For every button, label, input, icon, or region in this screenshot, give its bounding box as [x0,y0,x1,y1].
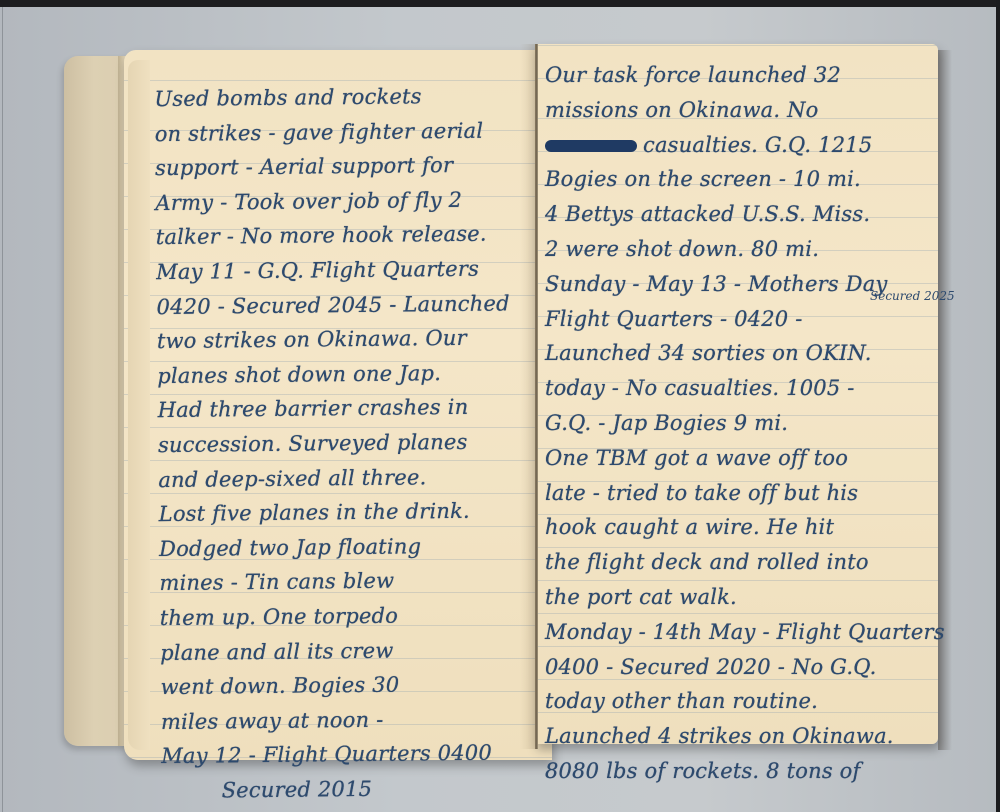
scanner-right-edge [996,0,1000,812]
handwritten-text: casualties. G.Q. 1215 [643,133,872,157]
handwritten-line: talker - No more hook release. [156,216,551,255]
handwritten-line: the flight deck and rolled into [545,545,935,580]
superscript-annotation: Secured 2025 [870,289,955,303]
handwritten-line: succession. Surveyed planes [158,424,553,463]
left-page-text: Used bombs and rockets on strikes - gave… [154,78,557,809]
handwritten-line: hook caught a wire. He hit [545,510,935,545]
scratched-out-word [545,140,637,152]
handwritten-line: Army - Took over job of fly 2 [155,182,550,221]
handwritten-line: Launched 34 sorties on OKIN. [545,336,935,371]
handwritten-line: G.Q. - Jap Bogies 9 mi. [545,406,935,441]
handwritten-line: plane and all its crew [160,631,555,670]
handwritten-line: mines - Tin cans blew [159,562,554,601]
handwritten-line: 0400 - Secured 2020 - No G.Q. [545,650,935,685]
handwritten-line: 2 were shot down. 80 mi. [545,232,935,267]
handwritten-line: the port cat walk. [545,580,935,615]
handwritten-line: Dodged two Jap floating [159,528,554,567]
handwritten-line: 0420 - Secured 2045 - Launched [156,286,551,325]
handwritten-line: Lost five planes in the drink. [159,493,554,532]
handwritten-line: late - tried to take off but his [545,476,935,511]
handwritten-line: May 12 - Flight Quarters 0400 [161,735,556,774]
handwritten-line: Secured 2015 [161,770,556,809]
scanner-left-edge [2,7,3,812]
handwritten-line: on strikes - gave fighter aerial [155,113,550,152]
handwritten-line: Our task force launched 32 [545,58,935,93]
handwritten-line: Monday - 14th May - Flight Quarters [545,615,935,650]
handwritten-line: planes shot down one Jap. [157,355,552,394]
handwritten-line: Had three barrier crashes in [157,389,552,428]
handwritten-line: miles away at noon - [161,701,556,740]
handwritten-line: Bogies on the screen - 10 mi. [545,162,935,197]
handwritten-line-with-scratch-out: casualties. G.Q. 1215 [545,128,935,163]
right-page-text: Our task force launched 32 missions on O… [545,58,935,789]
handwritten-line: went down. Bogies 30 [160,666,555,705]
handwritten-line: today - No casualties. 1005 - [545,371,935,406]
handwritten-line: 4 Bettys attacked U.S.S. Miss. [545,197,935,232]
page-shadow [938,50,952,750]
handwritten-line: and deep-sixed all three. [158,458,553,497]
handwritten-line: Used bombs and rockets [154,78,549,117]
handwritten-line: Launched 4 strikes on Okinawa. [545,719,935,754]
handwritten-line: two strikes on Okinawa. Our [157,320,552,359]
scanner-top-edge [0,0,1000,7]
handwritten-line: today other than routine. [545,684,935,719]
handwritten-line: Flight Quarters - 0420 - [545,302,935,337]
handwritten-line: One TBM got a wave off too [545,441,935,476]
handwritten-line: them up. One torpedo [160,597,555,636]
handwritten-line: May 11 - G.Q. Flight Quarters [156,251,551,290]
handwritten-line: missions on Okinawa. No [545,93,935,128]
handwritten-line: 8080 lbs of rockets. 8 tons of [545,754,935,789]
handwritten-line: support - Aerial support for [155,147,550,186]
left-page-margin [128,60,150,750]
